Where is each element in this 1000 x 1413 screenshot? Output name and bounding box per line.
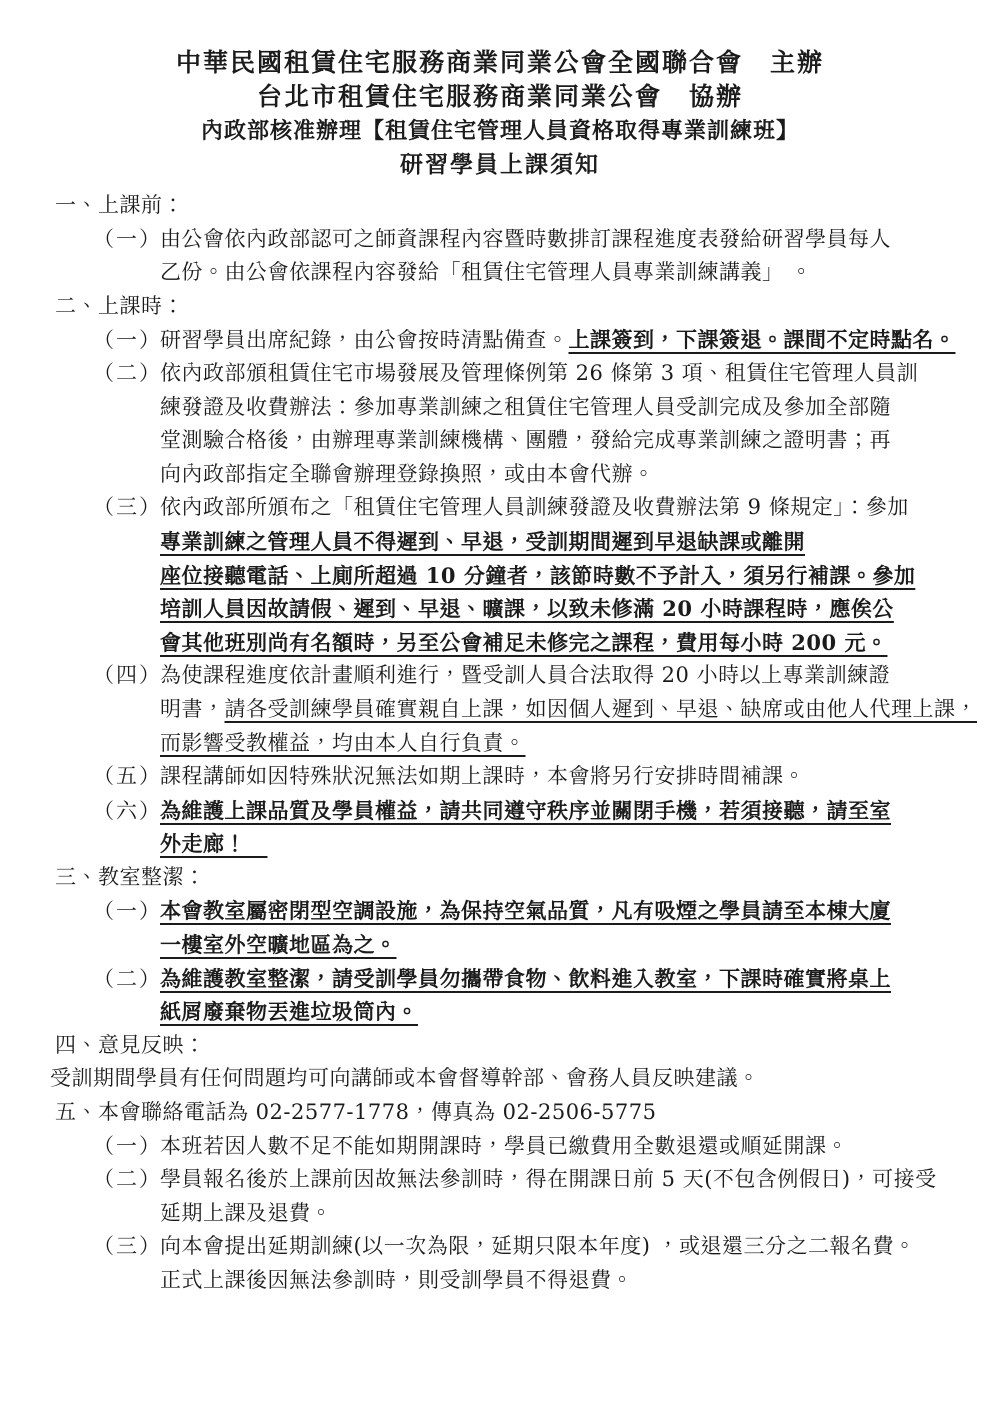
text-line: 專業訓練之管理人員不得遲到、早退，受訓期間遲到早退缺課或離開 — [0, 525, 1000, 559]
text-line: 會其他班別尚有名額時，另至公會補足未修完之課程，費用每小時 200 元。 — [0, 626, 1000, 660]
text-line: 培訓人員因故請假、遲到、早退、曠課，以致未修滿 20 小時課程時，應俟公 — [0, 592, 1000, 626]
text-line: 紙屑廢棄物丟進垃圾筒內。 — [0, 995, 1000, 1029]
text-line: （六）為維護上課品質及學員權益，請共同遵守秩序並關閉手機，若須接聽，請至室 — [0, 794, 1000, 828]
item-label: （三） — [93, 1230, 160, 1264]
item-label: （一） — [93, 223, 160, 257]
text-line: 練發證及收費辦法：參加專業訓練之租賃住宅管理人員受訓完成及參加全部隨 — [0, 391, 1000, 425]
text-line: （二）為維護教室整潔，請受訓學員勿攜帶食物、飲料進入教室，下課時確實將桌上 — [0, 962, 1000, 996]
text-run: 五、本會聯絡電話為 02-2577-1778，傳真為 02-2506-5775 — [55, 1100, 656, 1124]
text-line: （一）研習學員出席紀錄，由公會按時清點備查。上課簽到，下課簽退。課間不定時點名。 — [0, 323, 1000, 357]
text-run: 一、上課前： — [55, 193, 184, 217]
text-run: 為維護上課品質及學員權益，請共同遵守秩序並關閉手機，若須接聽，請至室 — [160, 798, 891, 823]
text-run: 會其他班別尚有名額時，另至公會補足未修完之課程，費用每小時 200 元。 — [160, 630, 887, 655]
text-run: 培訓人員因故請假、遲到、早退、曠課，以致未修滿 20 小時課程時，應俟公 — [160, 596, 894, 621]
text-run: 研習學員出席紀錄，由公會按時清點備查。 — [160, 328, 569, 352]
text-run: 乙份。由公會依課程內容發給「租賃住宅管理人員專業訓練講義」 。 — [160, 260, 812, 284]
text-line: 明書，請各受訓練學員確實親自上課，如因個人遲到、早退、缺席或由他人代理上課， — [0, 693, 1000, 727]
item-label: （二） — [93, 1163, 160, 1197]
title-notice-name: 研習學員上課須知 — [0, 148, 1000, 182]
text-line: （一）本班若因人數不足不能如期開課時，學員已繳費用全數退還或順延開課。 — [0, 1130, 1000, 1164]
text-run: 受訓期間學員有任何問題均可向講師或本會督導幹部、會務人員反映建議。 — [50, 1066, 760, 1090]
text-run: 明書， — [160, 697, 225, 721]
text-run: 而影響受教權益，均由本人自行負責。 — [160, 731, 526, 755]
text-run: 依內政部頒租賃住宅市場發展及管理條例第 26 條第 3 項、租賃住宅管理人員訓 — [160, 361, 918, 385]
item-label: （一） — [93, 1130, 160, 1164]
item-label: （三） — [93, 491, 160, 525]
text-line: （三）依內政部所頒布之「租賃住宅管理人員訓練發證及收費辦法第 9 條規定」：參加 — [0, 491, 1000, 525]
text-run: 正式上課後因無法參訓時，則受訓學員不得退費。 — [160, 1268, 633, 1292]
text-line: （二）學員報名後於上課前因故無法參訓時，得在開課日前 5 天(不包含例假日)，可… — [0, 1163, 1000, 1197]
text-line: 乙份。由公會依課程內容發給「租賃住宅管理人員專業訓練講義」 。 — [0, 256, 1000, 290]
item-label: （一） — [93, 324, 160, 358]
section-heading: 一、上課前： — [0, 189, 1000, 223]
title-co-organizer: 台北市租賃住宅服務商業同業公會 協辦 — [0, 80, 1000, 114]
text-line: 正式上課後因無法參訓時，則受訓學員不得退費。 — [0, 1264, 1000, 1298]
text-line: 延期上課及退費。 — [0, 1197, 1000, 1231]
title-course-name: 內政部核准辦理【租賃住宅管理人員資格取得專業訓練班】 — [0, 114, 1000, 148]
item-label: （六） — [93, 795, 160, 829]
text-run: 堂測驗合格後，由辦理專業訓練機構、團體，發給完成專業訓練之證明書；再 — [160, 428, 891, 452]
text-run: 練發證及收費辦法：參加專業訓練之租賃住宅管理人員受訓完成及參加全部隨 — [160, 395, 891, 419]
text-run: 本班若因人數不足不能如期開課時，學員已繳費用全數退還或順延開課。 — [160, 1134, 848, 1158]
text-run: 二、上課時： — [55, 294, 184, 318]
text-line: 外走廊！ — [0, 827, 1000, 861]
text-line: （五）課程講師如因特殊狀況無法如期上課時，本會將另行安排時間補課。 — [0, 760, 1000, 794]
section-heading: 五、本會聯絡電話為 02-2577-1778，傳真為 02-2506-5775 — [0, 1096, 1000, 1130]
text-line: 堂測驗合格後，由辦理專業訓練機構、團體，發給完成專業訓練之證明書；再 — [0, 424, 1000, 458]
text-line: 受訓期間學員有任何問題均可向講師或本會督導幹部、會務人員反映建議。 — [0, 1062, 1000, 1096]
item-label: （二） — [93, 357, 160, 391]
text-line: （一）本會教室屬密閉型空調設施，為保持空氣品質，凡有吸煙之學員請至本棟大廈 — [0, 894, 1000, 928]
text-run: 專業訓練之管理人員不得遲到、早退，受訓期間遲到早退缺課或離開 — [160, 529, 805, 554]
text-line: （二）依內政部頒租賃住宅市場發展及管理條例第 26 條第 3 項、租賃住宅管理人… — [0, 357, 1000, 391]
item-label: （五） — [93, 760, 160, 794]
text-run: 外走廊！ — [160, 831, 268, 856]
text-line: 座位接聽電話、上廁所超過 10 分鐘者，該節時數不予計入，須另行補課。參加 — [0, 559, 1000, 593]
item-label: （二） — [93, 963, 160, 997]
text-line: 向內政部指定全聯會辦理登錄換照，或由本會代辦。 — [0, 458, 1000, 492]
text-run: 延期上課及退費。 — [160, 1201, 332, 1225]
text-line: （一）由公會依內政部認可之師資課程內容暨時數排訂課程進度表發給研習學員每人 — [0, 223, 1000, 257]
document-header: 中華民國租賃住宅服務商業同業公會全國聯合會 主辦 台北市租賃住宅服務商業同業公會… — [0, 0, 1000, 182]
document-page: 中華民國租賃住宅服務商業同業公會全國聯合會 主辦 台北市租賃住宅服務商業同業公會… — [0, 0, 1000, 1413]
text-run: 向內政部指定全聯會辦理登錄換照，或由本會代辦。 — [160, 462, 655, 486]
text-run: 三、教室整潔： — [55, 865, 206, 889]
text-run: 上課簽到，下課簽退。課間不定時點名。 — [569, 327, 956, 352]
text-run: 為維護教室整潔，請受訓學員勿攜帶食物、飲料進入教室，下課時確實將桌上 — [160, 966, 891, 991]
text-run: 為使課程進度依計畫順利進行，暨受訓人員合法取得 20 小時以上專業訓練證 — [160, 663, 890, 687]
text-run: 本會教室屬密閉型空調設施，為保持空氣品質，凡有吸煙之學員請至本棟大廈 — [160, 898, 891, 923]
text-run: 四、意見反映： — [55, 1033, 206, 1057]
text-line: 而影響受教權益，均由本人自行負責。 — [0, 727, 1000, 761]
text-run: 由公會依內政部認可之師資課程內容暨時數排訂課程進度表發給研習學員每人 — [160, 227, 891, 251]
text-run: 課程講師如因特殊狀況無法如期上課時，本會將另行安排時間補課。 — [160, 764, 805, 788]
text-run: 向本會提出延期訓練(以一次為限，延期只限本年度) ，或退還三分之二報名費。 — [160, 1234, 916, 1258]
text-run: 座位接聽電話、上廁所超過 10 分鐘者，該節時數不予計入，須另行補課。參加 — [160, 563, 915, 588]
text-line: （三）向本會提出延期訓練(以一次為限，延期只限本年度) ，或退還三分之二報名費。 — [0, 1230, 1000, 1264]
item-label: （四） — [93, 659, 160, 693]
section-heading: 二、上課時： — [0, 290, 1000, 324]
item-label: （一） — [93, 895, 160, 929]
section-heading: 四、意見反映： — [0, 1029, 1000, 1063]
document-body: 一、上課前：（一）由公會依內政部認可之師資課程內容暨時數排訂課程進度表發給研習學… — [0, 189, 1000, 1298]
text-run: 學員報名後於上課前因故無法參訓時，得在開課日前 5 天(不包含例假日)，可接受 — [160, 1167, 937, 1191]
text-line: （四）為使課程進度依計畫順利進行，暨受訓人員合法取得 20 小時以上專業訓練證 — [0, 659, 1000, 693]
title-host-organization: 中華民國租賃住宅服務商業同業公會全國聯合會 主辦 — [0, 46, 1000, 80]
text-run: 請各受訓練學員確實親自上課，如因個人遲到、早退、缺席或由他人代理上課， — [225, 697, 978, 721]
text-line: 一樓室外空曠地區為之。 — [0, 928, 1000, 962]
text-run: 依內政部所頒布之「租賃住宅管理人員訓練發證及收費辦法第 9 條規定」：參加 — [160, 495, 909, 519]
section-heading: 三、教室整潔： — [0, 861, 1000, 895]
text-run: 一樓室外空曠地區為之。 — [160, 932, 397, 957]
text-run: 紙屑廢棄物丟進垃圾筒內。 — [160, 999, 418, 1024]
